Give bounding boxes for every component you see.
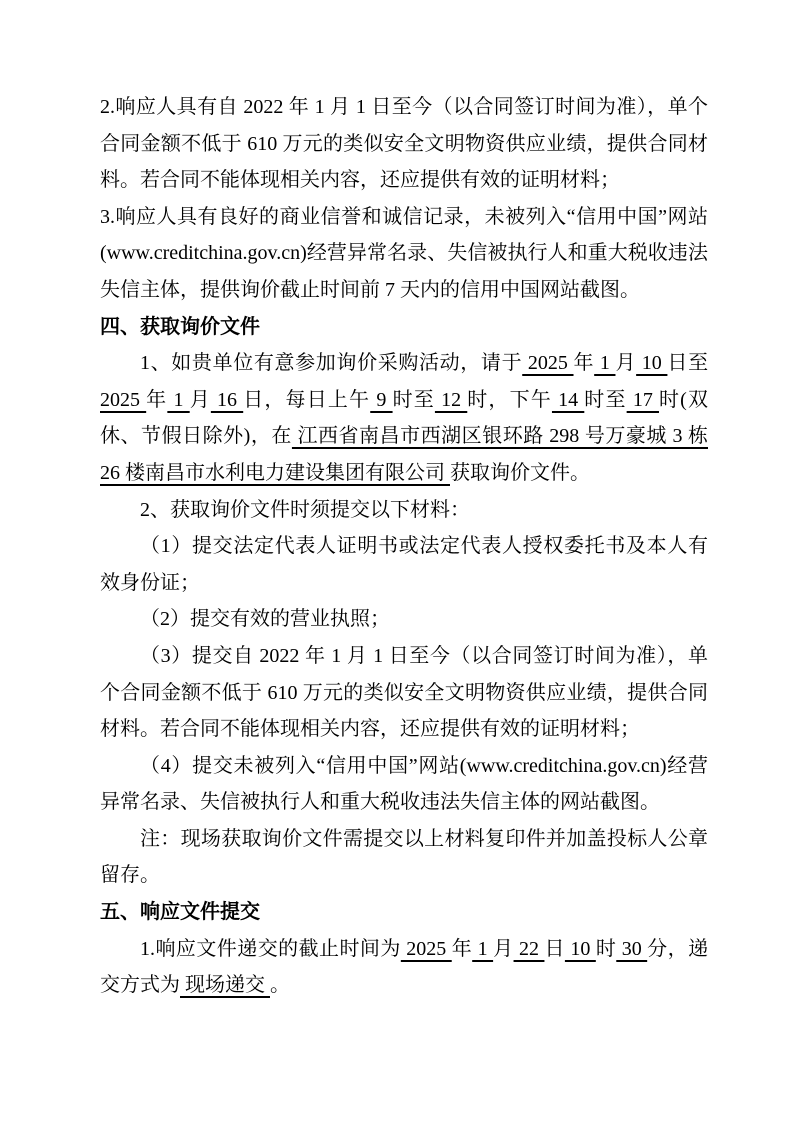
text-run: 3.响应人具有良好的商业信誉和诚信记录，未被列入“信用中国”网站(www.cre… <box>100 206 708 301</box>
filled-blank-underlined: 1 <box>167 389 189 411</box>
text-run: 日至 <box>667 352 708 374</box>
text-run: 年 <box>452 938 472 960</box>
filled-blank-underlined: 2025 <box>100 389 146 411</box>
text-run: 2.响应人具有自 2022 年 1 月 1 日至今（以合同签订时间为准），单个合… <box>100 96 708 191</box>
filled-blank-underlined: 16 <box>211 389 243 411</box>
text-run: 时，下午 <box>467 389 552 411</box>
body-paragraph: 2、获取询价文件时须提交以下材料： <box>100 492 708 529</box>
filled-blank-underlined: 10 <box>636 352 667 374</box>
text-run: 时 <box>596 938 616 960</box>
section-heading: 五、响应文件提交 <box>100 894 708 931</box>
text-run: 获取询价文件。 <box>450 462 590 484</box>
filled-blank-underlined: 30 <box>616 938 647 960</box>
filled-blank-underlined: 9 <box>370 389 392 411</box>
text-run: 月 <box>493 938 513 960</box>
filled-blank-underlined: 12 <box>435 389 467 411</box>
body-paragraph: 注：现场获取询价文件需提交以上材料复印件并加盖投标人公章留存。 <box>100 821 708 894</box>
body-paragraph: （2）提交有效的营业执照； <box>100 601 708 638</box>
body-paragraph: 2.响应人具有自 2022 年 1 月 1 日至今（以合同签订时间为准），单个合… <box>100 89 708 199</box>
text-run: 月 <box>190 389 211 411</box>
filled-blank-underlined: 1 <box>594 352 615 374</box>
text-run: 1.响应文件递交的截止时间为 <box>140 938 401 960</box>
document-page: 2.响应人具有自 2022 年 1 月 1 日至今（以合同签订时间为准），单个合… <box>0 0 800 1131</box>
text-run: 四、获取询价文件 <box>100 316 260 338</box>
filled-blank-underlined: 1 <box>472 938 493 960</box>
section-heading: 四、获取询价文件 <box>100 309 708 346</box>
filled-blank-underlined: 22 <box>514 938 545 960</box>
filled-blank-underlined: 10 <box>565 938 596 960</box>
text-run: 。 <box>270 974 290 996</box>
text-run: （1）提交法定代表人证明书或法定代表人授权委托书及本人有效身份证； <box>100 535 708 594</box>
text-run: 注：现场获取询价文件需提交以上材料复印件并加盖投标人公章留存。 <box>100 828 708 887</box>
text-run: 年 <box>574 352 595 374</box>
text-run: （2）提交有效的营业执照； <box>140 608 390 630</box>
text-run: （4）提交未被列入“信用中国”网站(www.creditchina.gov.cn… <box>100 755 708 814</box>
text-run: 2、获取询价文件时须提交以下材料： <box>140 499 470 521</box>
filled-blank-underlined: 17 <box>627 389 659 411</box>
text-run: 时至 <box>393 389 435 411</box>
text-run: 日，每日上午 <box>243 389 370 411</box>
body-paragraph: （1）提交法定代表人证明书或法定代表人授权委托书及本人有效身份证； <box>100 528 708 601</box>
document-body: 2.响应人具有自 2022 年 1 月 1 日至今（以合同签订时间为准），单个合… <box>100 89 708 1004</box>
body-paragraph: 1、如贵单位有意参加询价采购活动，请于 2025 年 1 月 10 日至 202… <box>100 345 708 491</box>
filled-blank-underlined: 14 <box>552 389 584 411</box>
text-run: （3）提交自 2022 年 1 月 1 日至今（以合同签订时间为准），单个合同金… <box>100 645 708 740</box>
text-run: 1、如贵单位有意参加询价采购活动，请于 <box>140 352 522 374</box>
body-paragraph: （3）提交自 2022 年 1 月 1 日至今（以合同签订时间为准），单个合同金… <box>100 638 708 748</box>
filled-blank-underlined: 现场递交 <box>180 974 270 996</box>
body-paragraph: （4）提交未被列入“信用中国”网站(www.creditchina.gov.cn… <box>100 748 708 821</box>
filled-blank-underlined: 2025 <box>522 352 573 374</box>
text-run: 日 <box>544 938 564 960</box>
text-run: 年 <box>146 389 167 411</box>
text-run: 月 <box>615 352 636 374</box>
text-run: 时至 <box>584 389 626 411</box>
filled-blank-underlined: 2025 <box>401 938 452 960</box>
body-paragraph: 3.响应人具有良好的商业信誉和诚信记录，未被列入“信用中国”网站(www.cre… <box>100 199 708 309</box>
body-paragraph: 1.响应文件递交的截止时间为 2025 年 1 月 22 日 10 时 30 分… <box>100 931 708 1004</box>
text-run: 五、响应文件提交 <box>100 901 260 923</box>
